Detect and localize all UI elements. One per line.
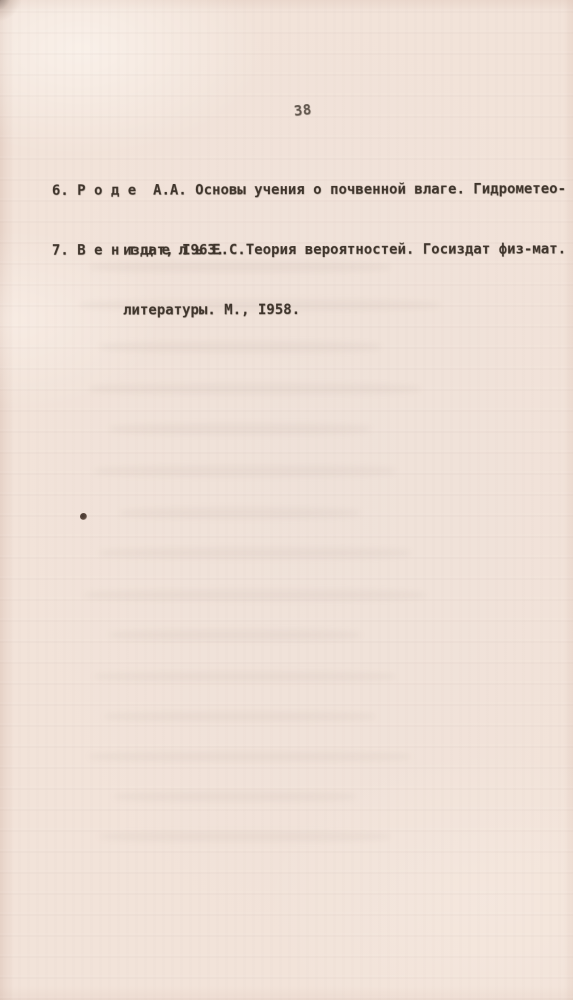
bleedthrough-smudge — [120, 508, 360, 518]
bleedthrough-smudge — [105, 712, 375, 721]
bleedthrough-smudge — [90, 384, 420, 394]
bleedthrough-smudge — [85, 590, 425, 600]
bleedthrough-smudge — [90, 752, 410, 761]
bleedthrough-smudge — [115, 792, 355, 801]
bleedthrough-smudge — [110, 424, 370, 434]
bleedthrough-smudge — [95, 466, 395, 476]
ink-speck — [80, 513, 87, 520]
reference-line-continuation: литературы. М., I958. — [123, 299, 566, 320]
page-number: 38 — [293, 100, 313, 122]
reference-line: 7. В е н т ц е л ь Е.С.Теория вероятност… — [52, 239, 566, 260]
reference-line: 6. Р о д е А.А. Основы учения о почвенно… — [52, 179, 566, 201]
bleedthrough-smudge — [95, 672, 395, 681]
bleedthrough-smudge — [110, 630, 360, 640]
bleedthrough-smudge — [100, 832, 390, 841]
scanned-document-page: 38 6. Р о д е А.А. Основы учения о почве… — [0, 0, 573, 1000]
bleedthrough-smudge — [100, 548, 410, 558]
reference-entry-7: 7. В е н т ц е л ь Е.С.Теория вероятност… — [52, 199, 567, 360]
